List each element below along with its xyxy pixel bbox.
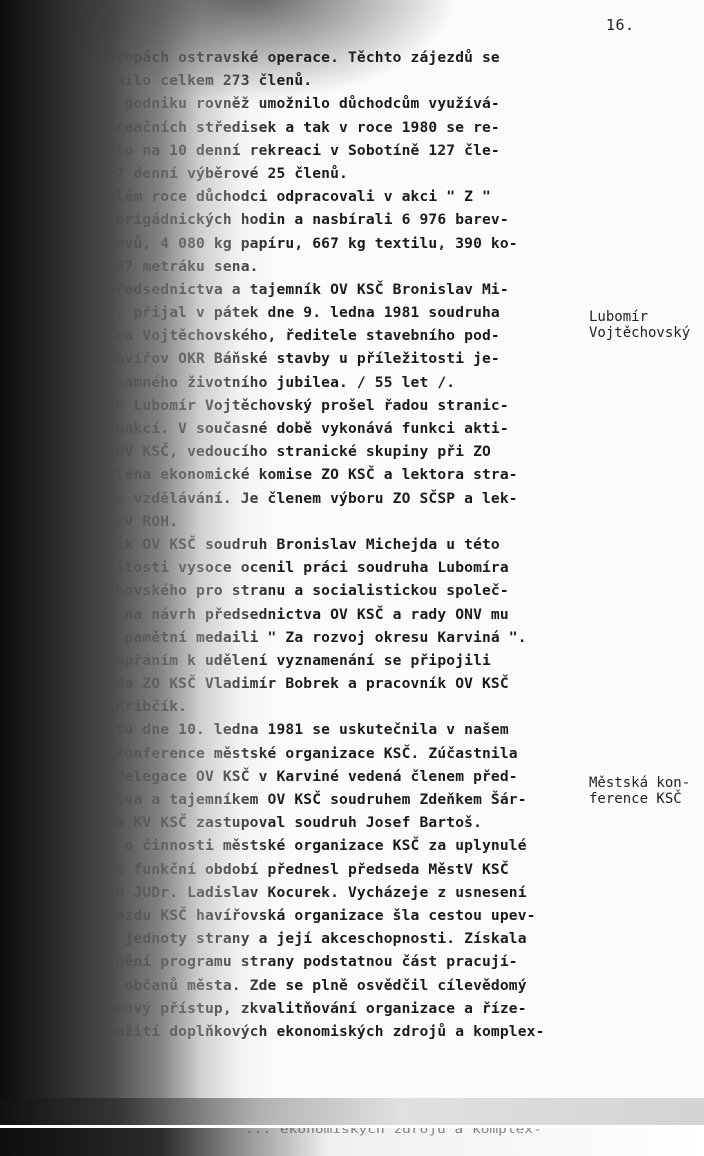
text-line: niku Havířov OKR Báňské stavby u příleži… — [62, 347, 582, 370]
text-line: nického vzdělávání. Je členem výboru ZO … — [62, 487, 582, 510]
text-line: soudruh JUDr. Ladislav Kocurek. Vycházej… — [62, 881, 582, 904]
text-line: a po stopách ostravské operace. Těchto z… — [62, 46, 582, 69]
margin-note-conference: Městská kon- ference KSČ — [589, 775, 704, 807]
text-line: V sobotu dne 10. ledna 1981 se uskutečni… — [62, 718, 582, 741]
text-line: příležitosti vysoce ocenil práci soudruh… — [62, 556, 582, 579]
text-line: 9 169 brigádnických hodin a nasbírali 6 … — [62, 208, 582, 231]
page-fold-edge — [0, 1098, 704, 1125]
text-line: kých funkcí. V současné době vykonává fu… — [62, 417, 582, 440]
text-line: ní rekreačních středisek a tak v roce 19… — [62, 116, 582, 139]
text-line: nost a na návrh předsednictva OV KSČ a r… — [62, 603, 582, 626]
text-line: ho významného životního jubilea. / 55 le… — [62, 371, 582, 394]
text-line: Vedení podniku rovněž umožnilo důchodcům… — [62, 92, 582, 115]
text-line: nování jednoty strany a její akceschopno… — [62, 927, 582, 950]
text-line: S blahopřáním k udělení vyznamenání se p… — [62, 649, 582, 672]
text-line: městě konference městské organizace KSČ.… — [62, 742, 582, 765]
text-line: žek a 67 metráku sena. — [62, 255, 582, 278]
text-line: nů, a 7 denní výběrové 25 členů. — [62, 162, 582, 185]
underlying-page-strip: ... ekonomiských zdrojů a komplex- — [0, 1128, 704, 1156]
scanned-page: 16. a po stopách ostravské operace. Těch… — [0, 0, 704, 1125]
text-line: cích a občanů města. Zde se plně osvědči… — [62, 974, 582, 997]
text-line: Lubomíra Vojtěchovského, ředitele staveb… — [62, 324, 582, 347]
text-line: V minulém roce důchodci odpracovali v ak… — [62, 185, 582, 208]
text-line: tříleté funkční období přednesl předseda… — [62, 858, 582, 881]
text-line: předseda ZO KSČ Vladimír Bobrek a pracov… — [62, 672, 582, 695]
text-line: pro plnění programu strany podstatnou čá… — [62, 950, 582, 973]
text-line: Soudruh Lubomír Vojtěchovský prošel řado… — [62, 394, 582, 417]
margin-note-line: Lubomír — [589, 309, 704, 325]
margin-note-line: ference KSČ — [589, 791, 704, 807]
text-line: se jí delegace OV KSČ v Karviné vedená č… — [62, 765, 582, 788]
text-line: ných kovů, 4 080 kg papíru, 667 kg texti… — [62, 232, 582, 255]
text-line: Tajemník OV KSČ soudruh Bronislav Michej… — [62, 533, 582, 556]
text-line: zúčastnilo celkem 273 členů. — [62, 69, 582, 92]
text-line: XV. sjezdu KSČ havířovská organizace šla… — [62, 904, 582, 927]
margin-note-line: Městská kon- — [589, 775, 704, 791]
underlying-page-text: ... ekonomiských zdrojů a komplex- — [245, 1128, 542, 1136]
margin-note-vojtechovsky: Lubomír Vojtěchovský — [589, 309, 704, 341]
text-line: sednictva a tajemníkem OV KSČ soudruhem … — [62, 788, 582, 811]
text-line: Zprávu o činnosti městské organizace KSČ… — [62, 834, 582, 857]
text-line: torem ZV ROH. — [62, 510, 582, 533]
text-line: kreovalo na 10 denní rekreaci v Sobotíně… — [62, 139, 582, 162]
text-line: Člen předsednictva a tajemník OV KSČ Bro… — [62, 278, 582, 301]
text-line: programový přístup, zkvalitňování organi… — [62, 997, 582, 1020]
text-line: předal pamětní medaili " Za rozvoj okres… — [62, 626, 582, 649]
text-line: KSČ, člena ekonomické komise ZO KSČ a le… — [62, 463, 582, 486]
body-text: a po stopách ostravské operace. Těchto z… — [62, 46, 582, 1043]
text-line: Vojtěchovského pro stranu a socialistick… — [62, 579, 582, 602]
margin-note-line: Vojtěchovský — [589, 325, 704, 341]
page-number: 16. — [606, 16, 635, 34]
text-line: kem, Sm KV KSČ zastupoval soudruh Josef … — [62, 811, 582, 834]
text-line: visty OV KSČ, vedoucího stranické skupin… — [62, 440, 582, 463]
text-line: Karel Kribčík. — [62, 695, 582, 718]
text-line: chejda, přijal v pátek dne 9. ledna 1981… — [62, 301, 582, 324]
text-line: ní, využití doplňkových ekonomiských zdr… — [62, 1020, 582, 1043]
